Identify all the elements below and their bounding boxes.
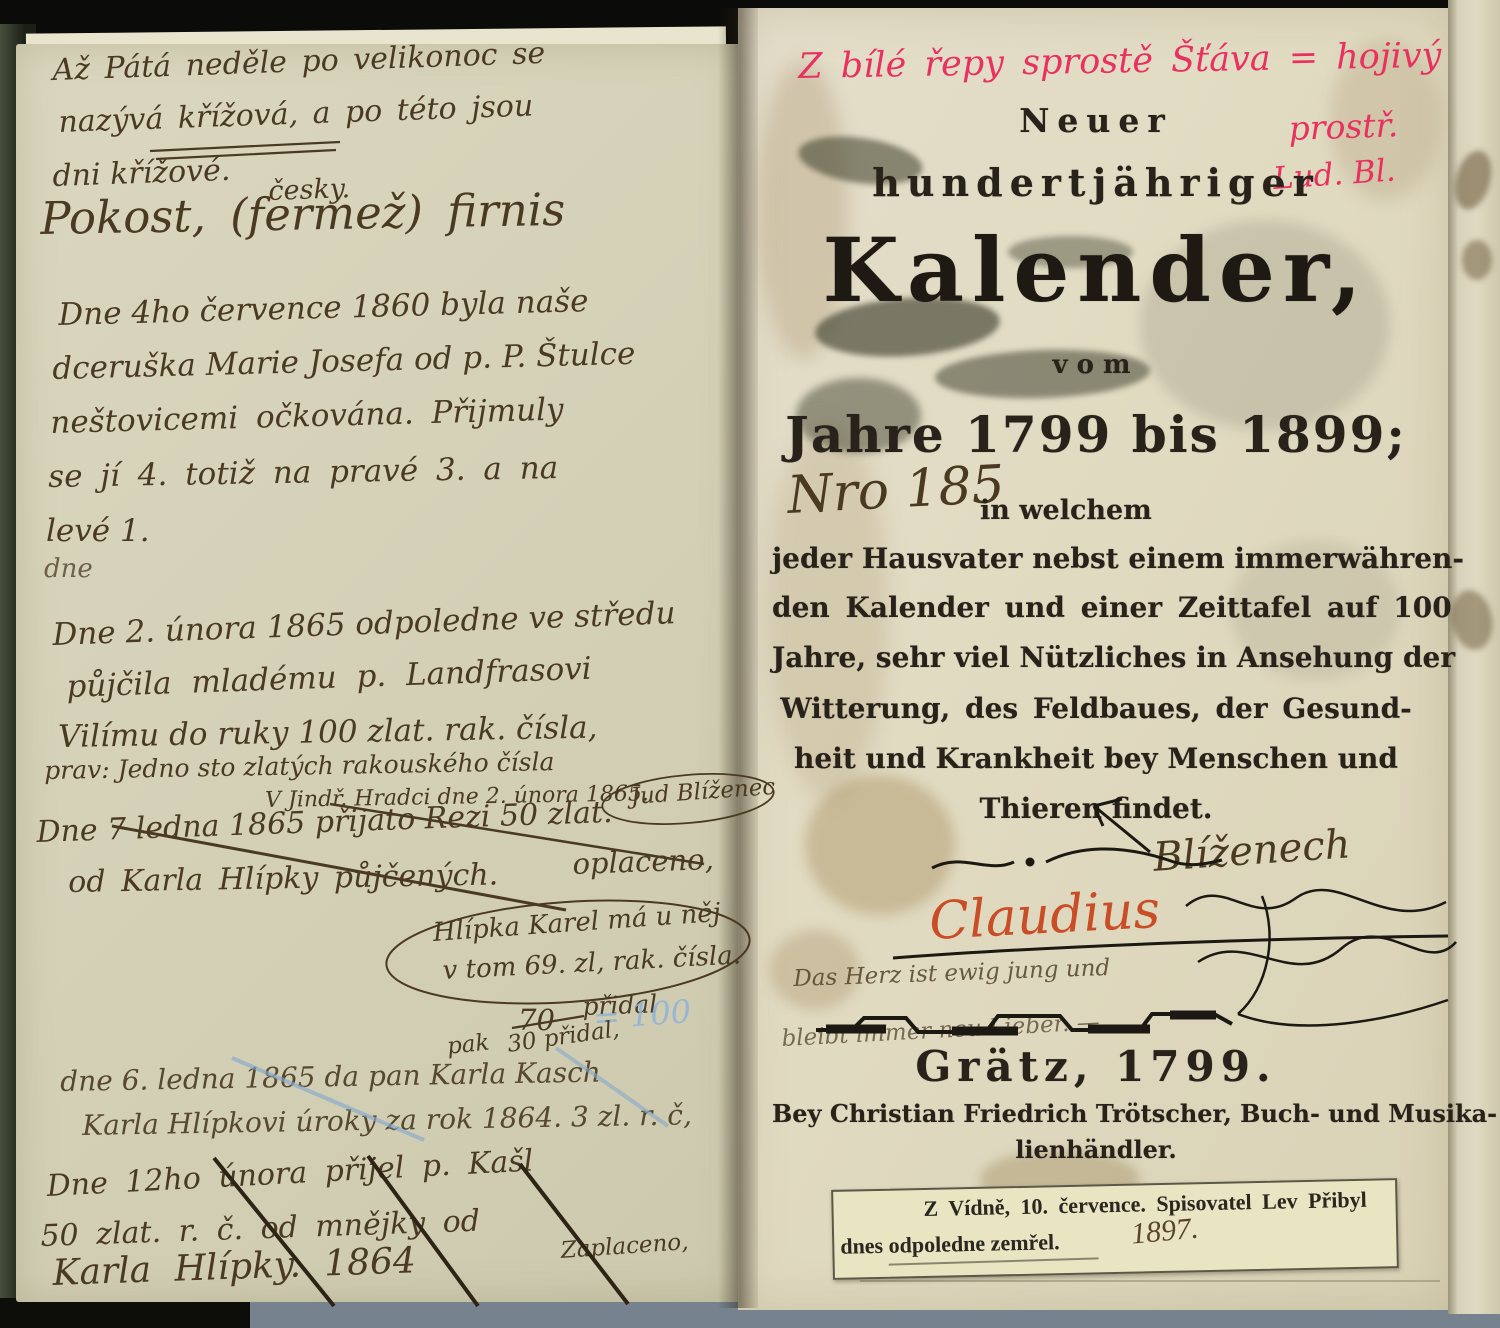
handwritten-number-nro: Nro 185 — [786, 459, 1006, 522]
clipping-underline — [889, 1257, 1099, 1265]
clipping-handwritten-year: 1897. — [1130, 1214, 1200, 1250]
diary-entry-line: se jí 4. totiž na pravé 3. a na — [48, 453, 558, 493]
diary-entry-line: dne — [44, 556, 93, 582]
title-line-hundertjaehriger: hundertjähriger — [772, 164, 1420, 202]
struck-entry-line: od Karla Hlípky půjčených. — [68, 860, 498, 897]
handwritten-note-line: dni křížové. — [52, 156, 231, 192]
subtitle-line: jeder Hausvater nebst einem immerwähren- — [772, 545, 1420, 573]
diary-entry-line: levé 1. — [46, 516, 150, 547]
handwritten-heading: Pokost, (fermež) firnis — [40, 187, 566, 241]
subtitle-line: heit und Krankheit bey Menschen und — [772, 745, 1420, 773]
clipping-text-line: dnes odpoledne zemřel. — [840, 1231, 1060, 1258]
imprint-publisher-line: lienhändler. — [772, 1138, 1420, 1162]
amount-note-word: pak — [446, 1032, 491, 1059]
subtitle-line: den Kalender und einer Zeittafel auf 100 — [772, 594, 1420, 622]
imprint-publisher-line: Bey Christian Friedrich Trötscher, Buch-… — [772, 1102, 1420, 1126]
page-gutter-shadow — [718, 8, 758, 1308]
printed-in-welchem: in welchem — [980, 497, 1152, 524]
right-page-emboss-line — [860, 1280, 1440, 1282]
subtitle-line: Witterung, des Feldbaues, der Gesund- — [772, 695, 1420, 723]
paid-note: oplaceno, — [572, 845, 714, 879]
subtitle-line: Thieren findet. — [772, 795, 1420, 823]
subtitle-line: Jahre, sehr viel Nützliches in Ansehung … — [772, 644, 1420, 672]
crossed-out-red-name: Claudius — [928, 884, 1161, 948]
title-line-neuer: Neuer — [772, 104, 1420, 137]
title-line-kalender: Kalender, — [772, 226, 1420, 314]
title-line-years: Jahre 1799 bis 1899; — [772, 410, 1420, 460]
title-line-vom: vom — [772, 352, 1420, 378]
book-scan: Až Pátá neděle po velikonoc se nazývá kř… — [0, 0, 1500, 1328]
newspaper-clipping: Z Vídně, 10. července. Spisovatel Lev Př… — [831, 1178, 1399, 1280]
imprint-city-year: Grätz, 1799. — [772, 1046, 1420, 1088]
